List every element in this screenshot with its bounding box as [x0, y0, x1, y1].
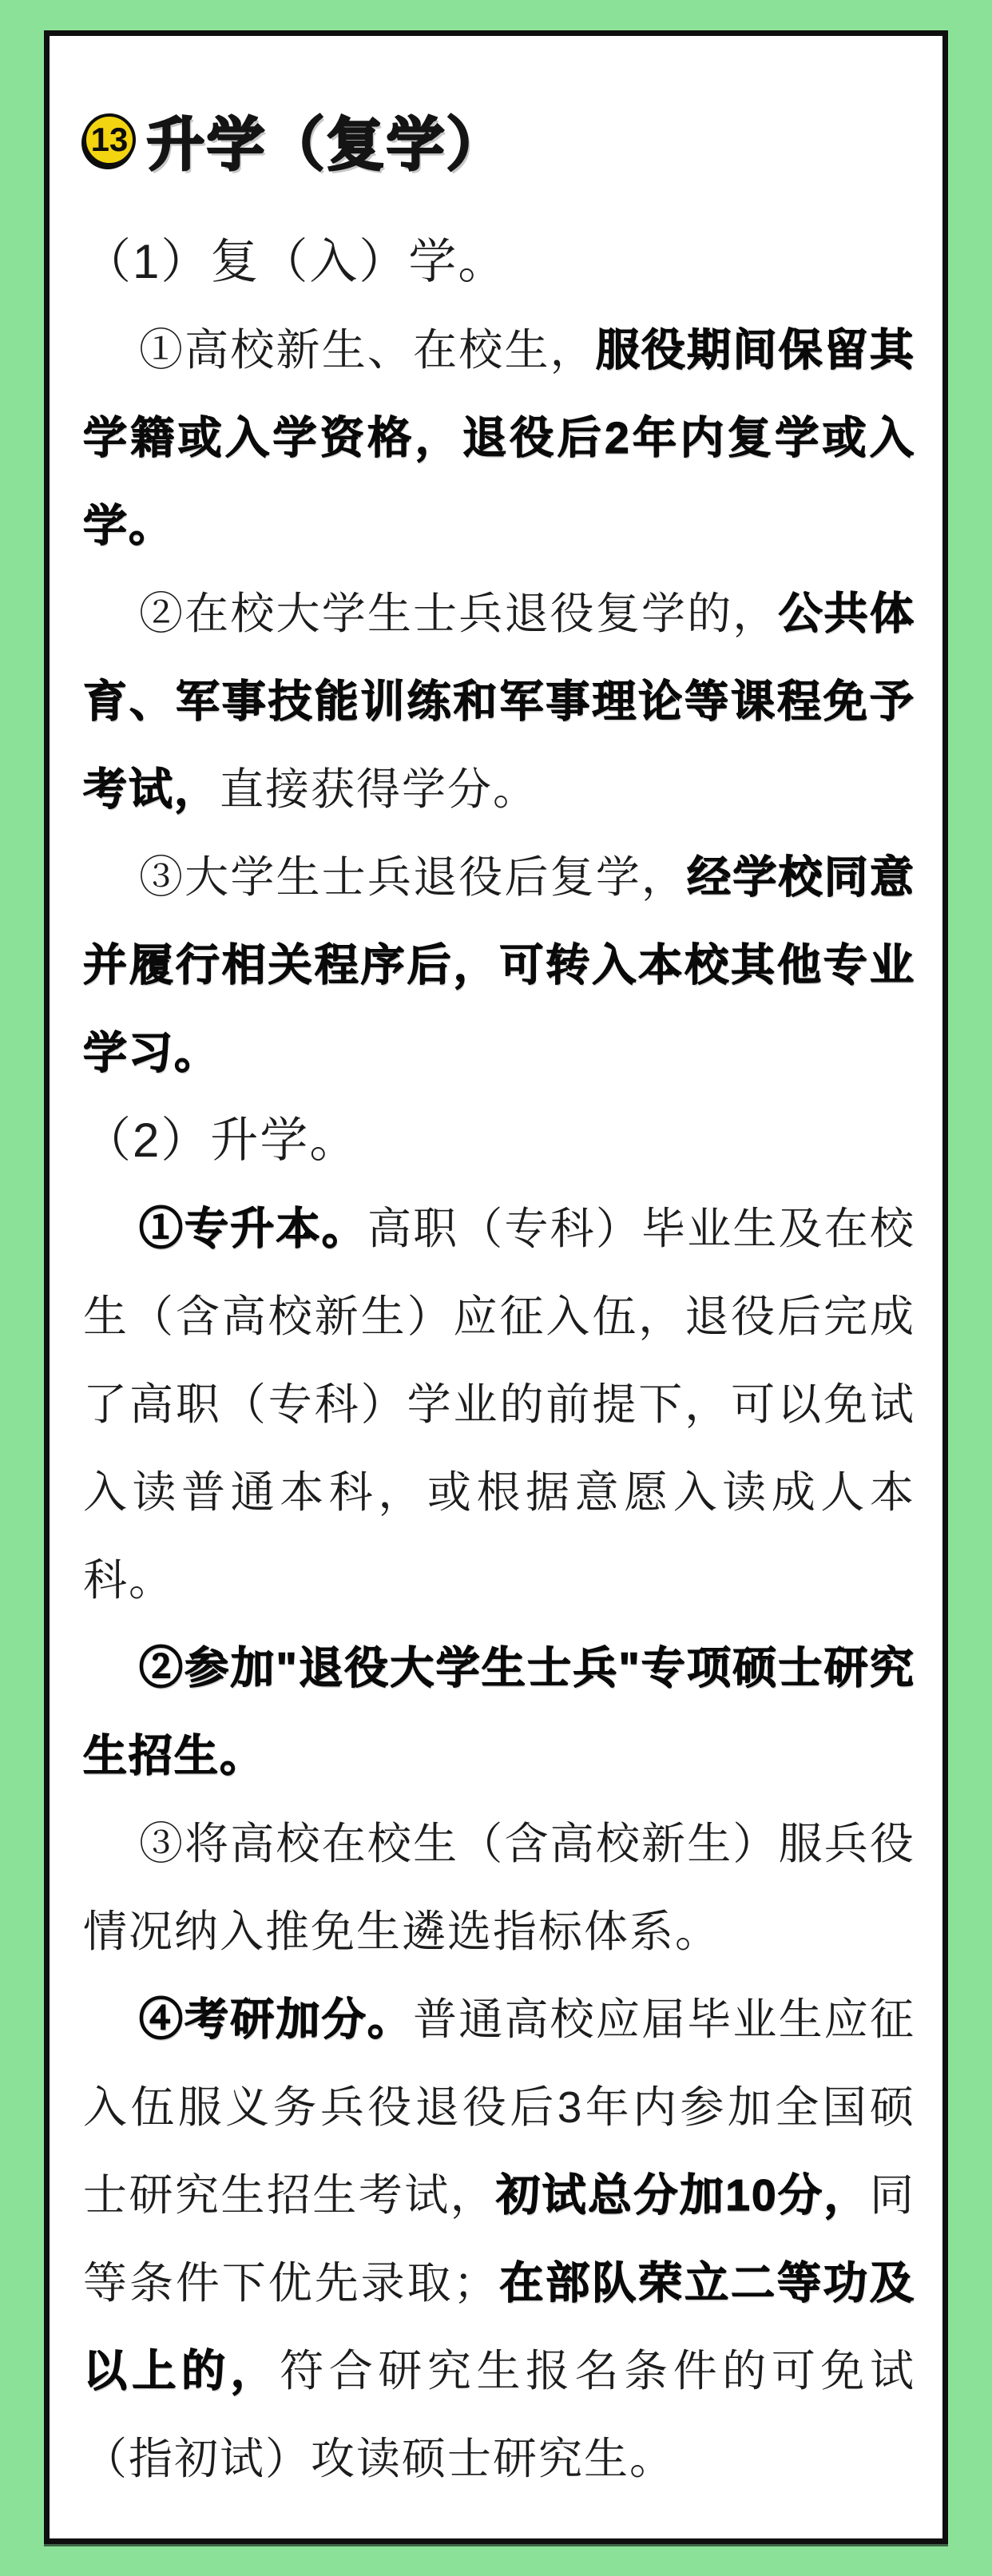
text-segment: 初试总分加10分，	[496, 2170, 870, 2220]
paragraph: ①专升本。高职（专科）毕业生及在校生（含高校新生）应征入伍，退役后完成了高职（专…	[83, 1185, 915, 1624]
title-row: 13 升学（复学）	[83, 98, 915, 181]
content: （1）复（入）学。①高校新生、在校生，服役期间保留其学籍或入学资格，退役后2年内…	[83, 218, 915, 2503]
text-segment: ①高校新生、在校生，	[139, 325, 596, 375]
text-segment: 高职（专科）毕业生及在校生（含高校新生）应征入伍，退役后完成了高职（专科）学业的…	[83, 1204, 915, 1605]
item-number: 13	[91, 121, 129, 159]
paragraph: ①高校新生、在校生，服役期间保留其学籍或入学资格，退役后2年内复学或入学。	[83, 306, 915, 570]
item-number-badge: 13	[83, 113, 136, 166]
paragraph: ③大学生士兵退役后复学，经学校同意并履行相关程序后，可转入本校其他专业学习。	[83, 833, 915, 1097]
paragraph: ②在校大学生士兵退役复学的，公共体育、军事技能训练和军事理论等课程免予考试，直接…	[83, 570, 915, 833]
page-background: 13 升学（复学） （1）复（入）学。①高校新生、在校生，服役期间保留其学籍或入…	[0, 0, 992, 2576]
paragraph: ④考研加分。普通高校应届毕业生应征入伍服义务兵役退役后3年内参加全国硕士研究生招…	[83, 1975, 915, 2503]
page-title: 升学（复学）	[147, 98, 506, 181]
text-segment: 直接获得学分。	[220, 764, 538, 814]
text-segment: （1）复（入）学。	[83, 235, 507, 288]
text-segment: ①专升本。	[139, 1204, 367, 1253]
text-segment: ②在校大学生士兵退役复学的，	[139, 589, 779, 638]
paragraph: ②参加"退役大学生士兵"专项硕士研究生招生。	[83, 1624, 915, 1800]
section-header: （1）复（入）学。	[83, 218, 915, 306]
poster-card: 13 升学（复学） （1）复（入）学。①高校新生、在校生，服役期间保留其学籍或入…	[44, 30, 948, 2544]
text-segment: （2）升学。	[83, 1113, 359, 1167]
text-segment: ②参加"退役大学生士兵"专项硕士研究生招生。	[83, 1643, 915, 1780]
text-segment: ③大学生士兵退役后复学，	[139, 852, 687, 902]
paragraph: ③将高校在校生（含高校新生）服兵役情况纳入推免生遴选指标体系。	[83, 1800, 915, 1975]
section-header: （2）升学。	[83, 1097, 915, 1185]
text-segment: ③将高校在校生（含高校新生）服兵役情况纳入推免生遴选指标体系。	[83, 1819, 915, 1956]
text-segment: ④考研加分。	[139, 1995, 413, 2044]
